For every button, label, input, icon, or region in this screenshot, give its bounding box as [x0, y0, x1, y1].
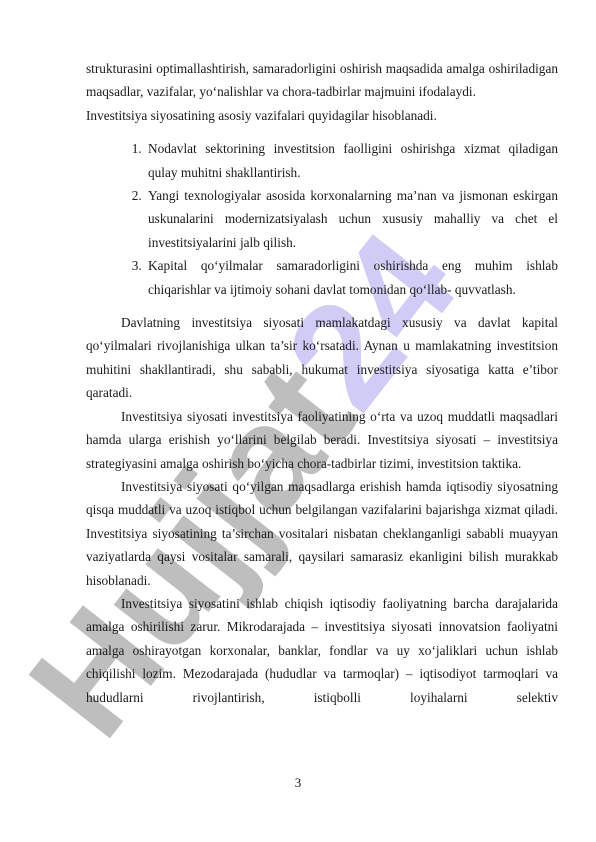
intro-paragraph-tasks: Investitsiya siyosatining asosiy vazifal…	[86, 104, 558, 127]
tasks-list: Nodavlat sektorining investitsion faolli…	[86, 137, 558, 301]
page-number: 3	[0, 775, 596, 791]
list-item: Kapital qo‘yilmalar samaradorligini oshi…	[145, 254, 558, 301]
body-paragraph: Investitsiya siyosati investitsiya faoli…	[86, 405, 558, 475]
document-body: strukturasini optimallashtirish, samarad…	[86, 57, 558, 709]
body-paragraph: Investitsiya siyosatini ishlab chiqish i…	[86, 592, 558, 709]
intro-paragraph-continued: strukturasini optimallashtirish, samarad…	[86, 57, 558, 104]
body-paragraph: Investitsiya siyosati qo‘yilgan maqsadla…	[86, 475, 558, 592]
list-item: Yangi texnologiyalar asosida korxonalarn…	[145, 184, 558, 254]
document-page: Hujjat24 strukturasini optimallashtirish…	[0, 0, 596, 842]
list-item: Nodavlat sektorining investitsion faolli…	[145, 137, 558, 184]
body-paragraph: Davlatning investitsiya siyosati mamlaka…	[86, 311, 558, 405]
